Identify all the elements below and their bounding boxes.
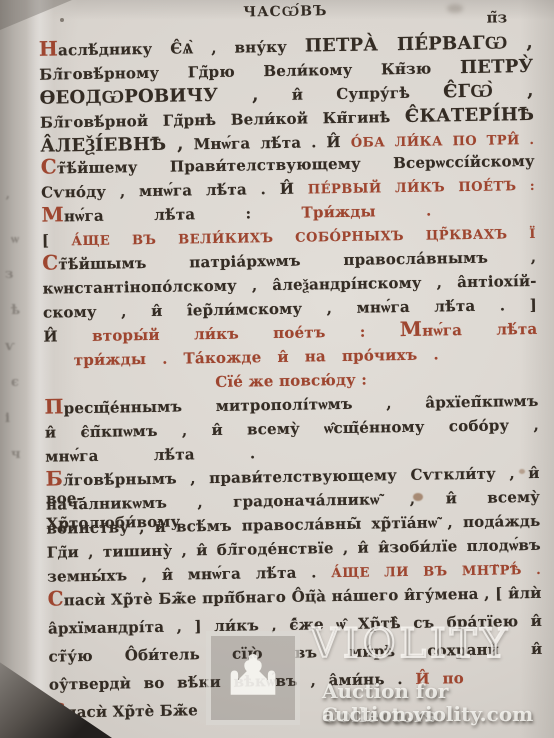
text-segment: М	[41, 202, 64, 226]
text-segment: земны́хъ , и̂ мнѡ́га лѣ́та .	[47, 563, 331, 585]
text-segment: нѡ́га лѣ́та	[422, 320, 538, 340]
text-segment: П	[44, 394, 63, 418]
text-segment: [	[42, 231, 72, 249]
text-segment: нѡ́га лѣ́та :	[64, 204, 302, 226]
text-segment: А́ЩЕ ЛИ ВЪ МНТ̃РѢ́ .	[331, 563, 541, 581]
watermark-brand: VIOLITY	[310, 621, 511, 667]
text-segment: Бл̃говѣ́рному Гд̃рю Вели́кому Кн̃зю	[39, 59, 460, 84]
text-segment: И̂	[43, 327, 92, 346]
text-segment: мнѡ́га лѣ́та .	[45, 444, 255, 465]
text-segment: Н	[39, 36, 58, 60]
text-line: мнѡ́га лѣ́та .	[45, 444, 255, 471]
running-title: ЧАСѠ́ВЪ	[38, 0, 532, 25]
text-segment: аслѣ́днику Є̂Ѧ̀ , вну́ку	[58, 38, 305, 60]
text-segment: С	[41, 154, 57, 178]
text-segment: О́БА ЛИ́КА ПО ТРИ̂ .	[351, 133, 535, 151]
text-segment: С	[42, 250, 58, 274]
text-segment: Є̂КАТЕРІ́НѢ	[405, 104, 534, 127]
book-page-photo: ЧАСѠ́ВЪ п̃з Наслѣ́днику Є̂Ѧ̀ , вну́ку ПЕ…	[0, 0, 554, 738]
text-segment: Мнѡ́га лѣ́та . И̂	[184, 133, 351, 154]
text-segment: пасѝ Хр̃тѐ Бж̃е	[65, 701, 198, 721]
text-segment: Бл̃говѣ́рной Гд̃рнѣ Вели́кой Кн̃гинѣ	[40, 108, 405, 132]
watermark-crown-frame	[206, 631, 300, 725]
text-segment: Б	[46, 466, 64, 490]
text-segment: А́ЩЕ ВЪ ВЕЛИ́КИХЪ СОБО́РНЫХЪ ЦР̃КВАХЪ Ї	[71, 227, 536, 249]
text-segment: С	[47, 586, 63, 610]
watermark-url: auction.violity.com	[322, 702, 533, 726]
text-segment: А̂ЛЕѮІ́ЕВНѢ ,	[40, 133, 184, 156]
text-segment: Три́жды .	[301, 202, 431, 222]
text-segment: и̂ Супру́гѣ	[258, 83, 443, 104]
text-segment: Є̂ГѠ̀ ,	[443, 80, 534, 102]
crown-icon	[222, 649, 284, 707]
text-segment: ѲЕОДѠРОВИЧУ ,	[40, 84, 259, 108]
text-segment: Сїе́ же повсю́ду :	[215, 371, 367, 391]
text-segment: М	[400, 317, 423, 341]
text-segment: ПЕ́РВЫЙ ЛИ́КЪ ПОЕ́ТЪ :	[308, 179, 536, 198]
text-segment: вторы́й ли́къ пое́тъ :	[92, 322, 400, 345]
text-segment: ПЕТРА̀ ПЕ́РВАГѠ ,	[305, 32, 533, 57]
page-number: п̃з	[486, 8, 507, 26]
text-segment: ПЕТРУ̀	[460, 56, 534, 78]
text-segment: Сѵно́ду , мнѡ́га лѣ́та . И̂	[41, 179, 308, 201]
